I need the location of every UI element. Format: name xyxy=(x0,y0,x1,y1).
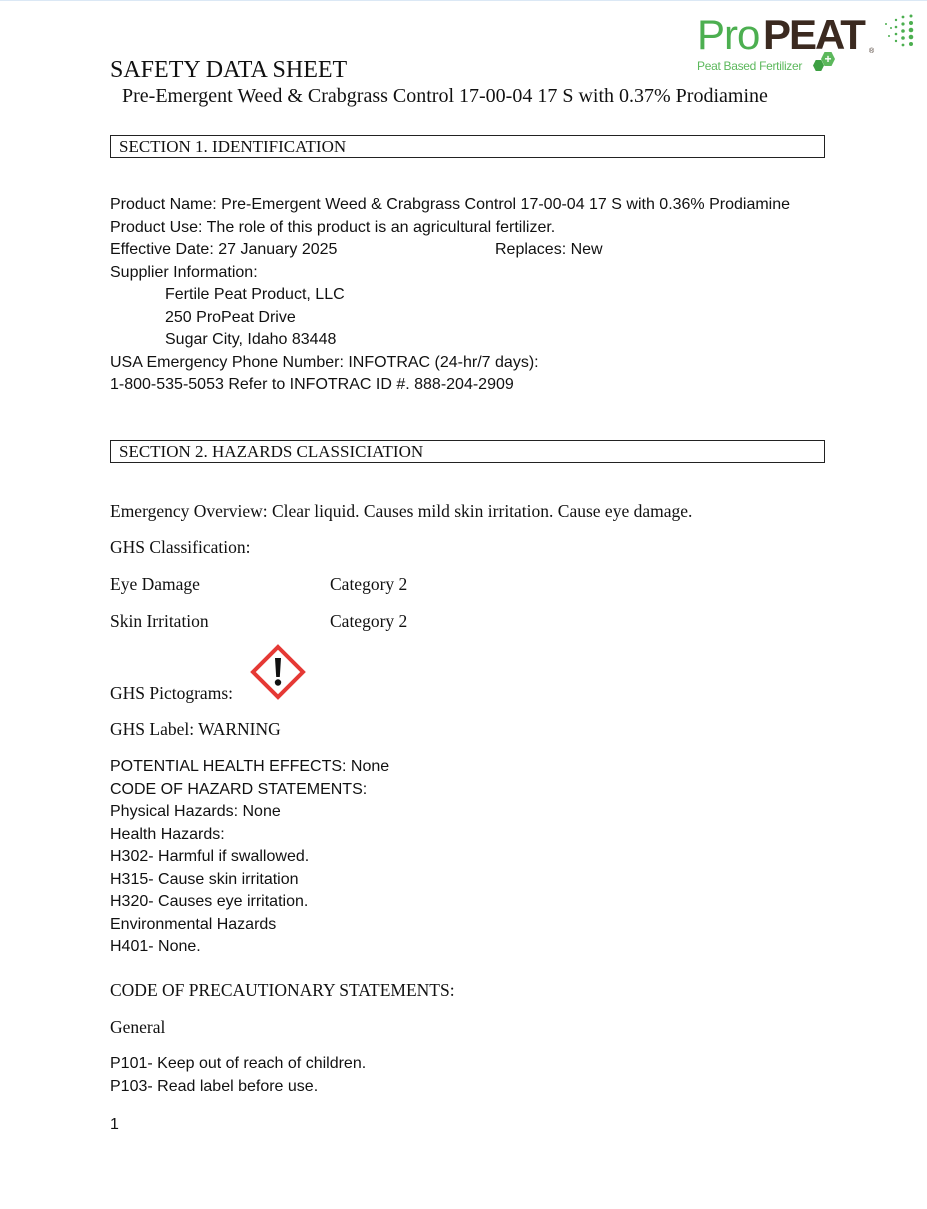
section-2-heading: SECTION 2. HAZARDS CLASSICIATION xyxy=(119,442,423,462)
hazard-line: H401- None. xyxy=(110,936,201,959)
ghs-classification-label: GHS Classification: xyxy=(110,537,250,558)
precautionary-line: P103- Read label before use. xyxy=(110,1076,318,1099)
precautionary-heading: CODE OF PRECAUTIONARY STATEMENTS: xyxy=(110,980,455,1001)
emergency-phone-label: USA Emergency Phone Number: INFOTRAC (24… xyxy=(110,352,539,375)
supplier-address-line2: Sugar City, Idaho 83448 xyxy=(165,329,336,352)
hazard-line: POTENTIAL HEALTH EFFECTS: None xyxy=(110,756,389,779)
page-number: 1 xyxy=(110,1114,119,1137)
hazard-line: CODE OF HAZARD STATEMENTS: xyxy=(110,779,367,802)
classification-hazard: Skin Irritation xyxy=(110,611,209,632)
hazard-line: H302- Harmful if swallowed. xyxy=(110,846,309,869)
logo-tagline: Peat Based Fertilizer xyxy=(697,59,802,73)
propeat-logo: Pro PEAT ® Peat Based Fertilizer + xyxy=(697,12,927,76)
hazard-line: Environmental Hazards xyxy=(110,914,276,937)
ghs-label: GHS Label: WARNING xyxy=(110,719,281,740)
logo-text-pro: Pro xyxy=(697,12,759,58)
supplier-address-line1: 250 ProPeat Drive xyxy=(165,307,296,330)
effective-date: Effective Date: 27 January 2025 xyxy=(110,239,337,262)
dot-spray-icon xyxy=(883,14,923,48)
top-border xyxy=(0,0,927,1)
product-use: Product Use: The role of this product is… xyxy=(110,217,555,240)
supplier-name: Fertile Peat Product, LLC xyxy=(165,284,345,307)
classification-category: Category 2 xyxy=(330,611,407,632)
logo-text-peat: PEAT xyxy=(763,12,864,58)
section-1-heading: SECTION 1. IDENTIFICATION xyxy=(119,137,346,157)
emergency-overview: Emergency Overview: Clear liquid. Causes… xyxy=(110,501,692,522)
hazard-line: Physical Hazards: None xyxy=(110,801,281,824)
emergency-phone-numbers: 1-800-535-5053 Refer to INFOTRAC ID #. 8… xyxy=(110,374,514,397)
hazard-line: H320- Causes eye irritation. xyxy=(110,891,308,914)
document-title: SAFETY DATA SHEET xyxy=(110,57,347,84)
replaces: Replaces: New xyxy=(495,239,603,262)
section-2-heading-box: SECTION 2. HAZARDS CLASSICIATION xyxy=(110,440,825,463)
precautionary-general-label: General xyxy=(110,1017,165,1038)
hazard-line: Health Hazards: xyxy=(110,824,225,847)
product-name: Product Name: Pre-Emergent Weed & Crabgr… xyxy=(110,194,790,217)
registered-mark: ® xyxy=(869,48,874,55)
classification-category: Category 2 xyxy=(330,574,407,595)
classification-hazard: Eye Damage xyxy=(110,574,200,595)
exclamation-mark-diamond-icon xyxy=(250,644,306,700)
hazard-line: H315- Cause skin irritation xyxy=(110,869,299,892)
document-subtitle: Pre-Emergent Weed & Crabgrass Control 17… xyxy=(122,85,768,108)
supplier-label: Supplier Information: xyxy=(110,262,258,285)
ghs-pictograms-label: GHS Pictograms: xyxy=(110,683,233,704)
section-1-heading-box: SECTION 1. IDENTIFICATION xyxy=(110,135,825,158)
precautionary-line: P101- Keep out of reach of children. xyxy=(110,1053,366,1076)
